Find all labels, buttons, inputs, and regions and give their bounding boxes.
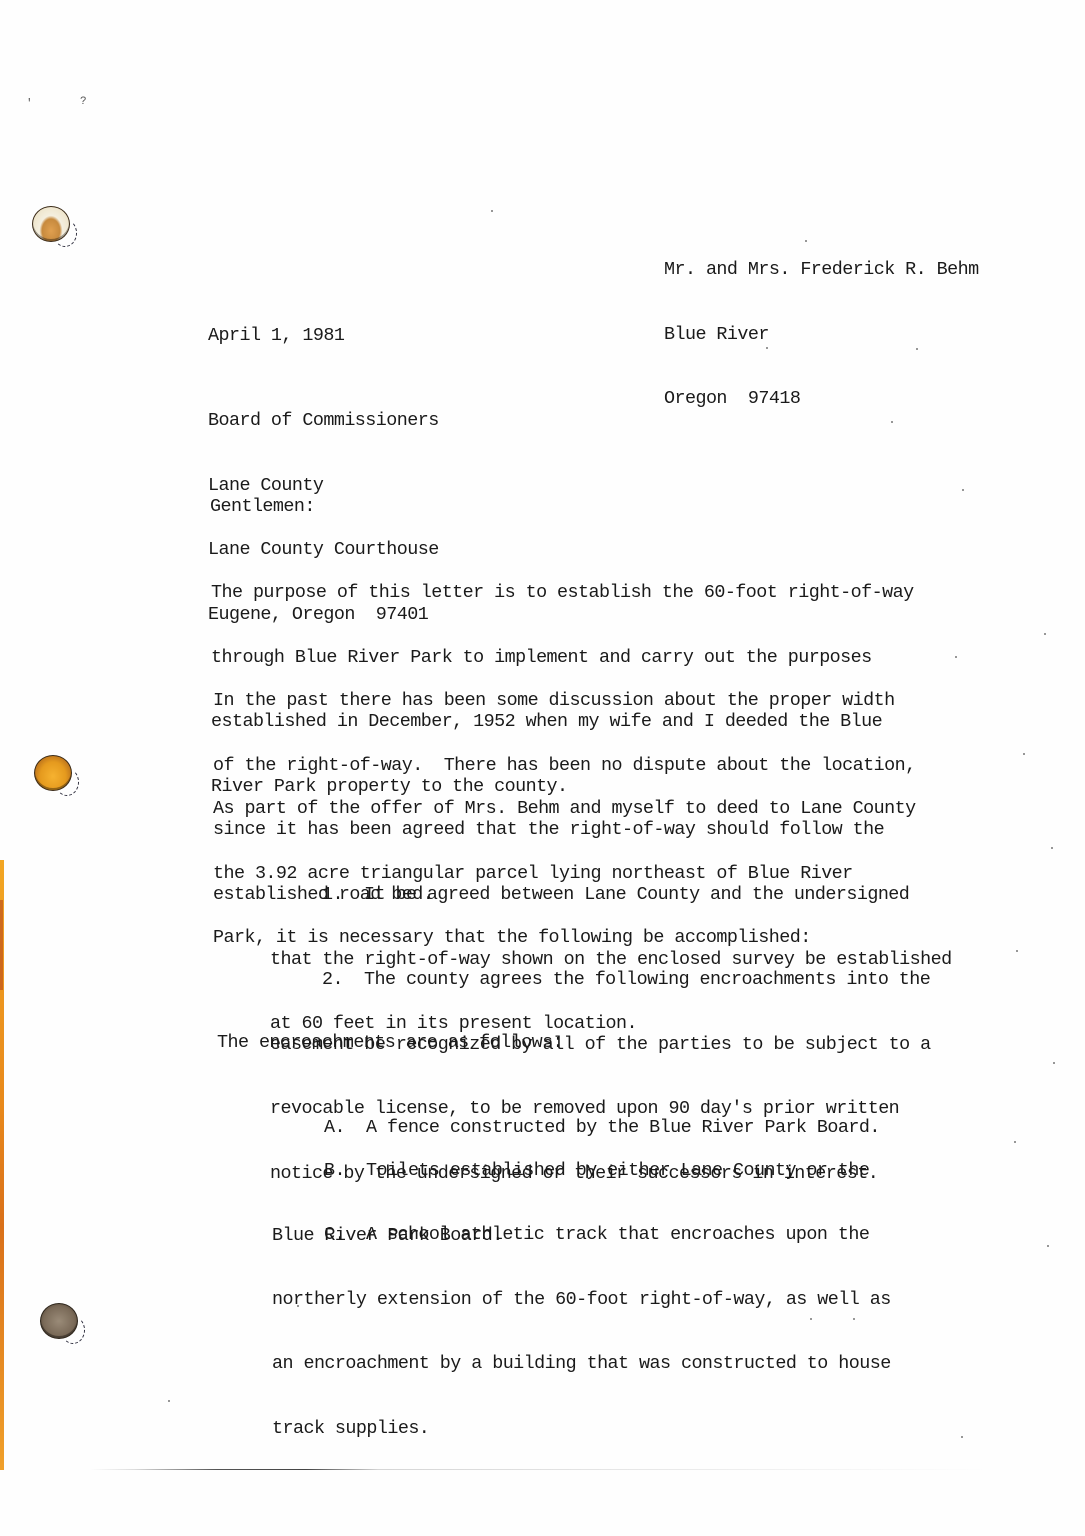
left-edge-binding-strip bbox=[0, 860, 4, 1470]
punch-hole-icon bbox=[40, 1303, 78, 1339]
item-first-line: 2.The county agrees the following encroa… bbox=[270, 969, 931, 991]
encroachments-intro: The encroachments are as follows: bbox=[217, 1032, 563, 1054]
sender-town: Blue River bbox=[664, 324, 979, 346]
paragraph-line: In the past there has been some discussi… bbox=[213, 690, 916, 712]
scan-speck bbox=[491, 210, 493, 212]
item-line: Toilets established by either Lane Count… bbox=[366, 1160, 869, 1181]
item-first-line: 1.It be agreed between Lane County and t… bbox=[270, 884, 952, 906]
scan-speck bbox=[962, 489, 964, 491]
scan-speck bbox=[1051, 847, 1053, 849]
item-marker: B. bbox=[324, 1160, 366, 1182]
item-marker: C. bbox=[324, 1224, 366, 1246]
letter-date: April 1, 1981 bbox=[208, 325, 344, 347]
sender-name: Mr. and Mrs. Frederick R. Behm bbox=[664, 259, 979, 281]
sender-state-zip: Oregon 97418 bbox=[664, 388, 979, 410]
scanned-letter-page: ' ? Mr. and Mrs. Frederick R. Behm Blue … bbox=[0, 0, 1085, 1536]
scan-speck bbox=[1047, 1245, 1049, 1247]
sender-address: Mr. and Mrs. Frederick R. Behm Blue Rive… bbox=[664, 216, 979, 453]
paragraph-line: The purpose of this letter is to establi… bbox=[211, 582, 914, 604]
scan-speck bbox=[1053, 1062, 1055, 1064]
item-line: A school athletic track that encroaches … bbox=[366, 1224, 869, 1245]
item-first-line: C.A school athletic track that encroache… bbox=[272, 1224, 891, 1246]
encroachment-item: C.A school athletic track that encroache… bbox=[272, 1181, 891, 1482]
recipient-line: Lane County bbox=[208, 475, 439, 497]
scan-speck bbox=[1014, 1141, 1016, 1143]
scan-speck bbox=[1016, 950, 1018, 952]
punch-hole-icon bbox=[34, 755, 72, 791]
scan-speck bbox=[1044, 633, 1046, 635]
item-line: It be agreed between Lane County and the… bbox=[364, 884, 909, 905]
item-line: northerly extension of the 60-foot right… bbox=[272, 1289, 891, 1311]
scan-mark: ? bbox=[80, 96, 87, 108]
item-marker: 2. bbox=[322, 969, 364, 991]
salutation: Gentlemen: bbox=[210, 496, 315, 518]
scan-speck bbox=[961, 1436, 963, 1438]
scan-speck bbox=[168, 1400, 170, 1402]
scan-mark: ' bbox=[26, 98, 33, 110]
punch-hole-icon bbox=[32, 206, 70, 242]
paragraph-line: As part of the offer of Mrs. Behm and my… bbox=[213, 798, 916, 820]
recipient-line: Board of Commissioners bbox=[208, 410, 439, 432]
item-line: The county agrees the following encroach… bbox=[364, 969, 930, 990]
item-line: an encroachment by a building that was c… bbox=[272, 1353, 891, 1375]
item-marker: 1. bbox=[322, 884, 364, 906]
scan-speck bbox=[955, 656, 957, 658]
item-first-line: B.Toilets established by either Lane Cou… bbox=[272, 1160, 869, 1182]
item-line: track supplies. bbox=[272, 1418, 891, 1440]
scan-speck bbox=[1023, 753, 1025, 755]
